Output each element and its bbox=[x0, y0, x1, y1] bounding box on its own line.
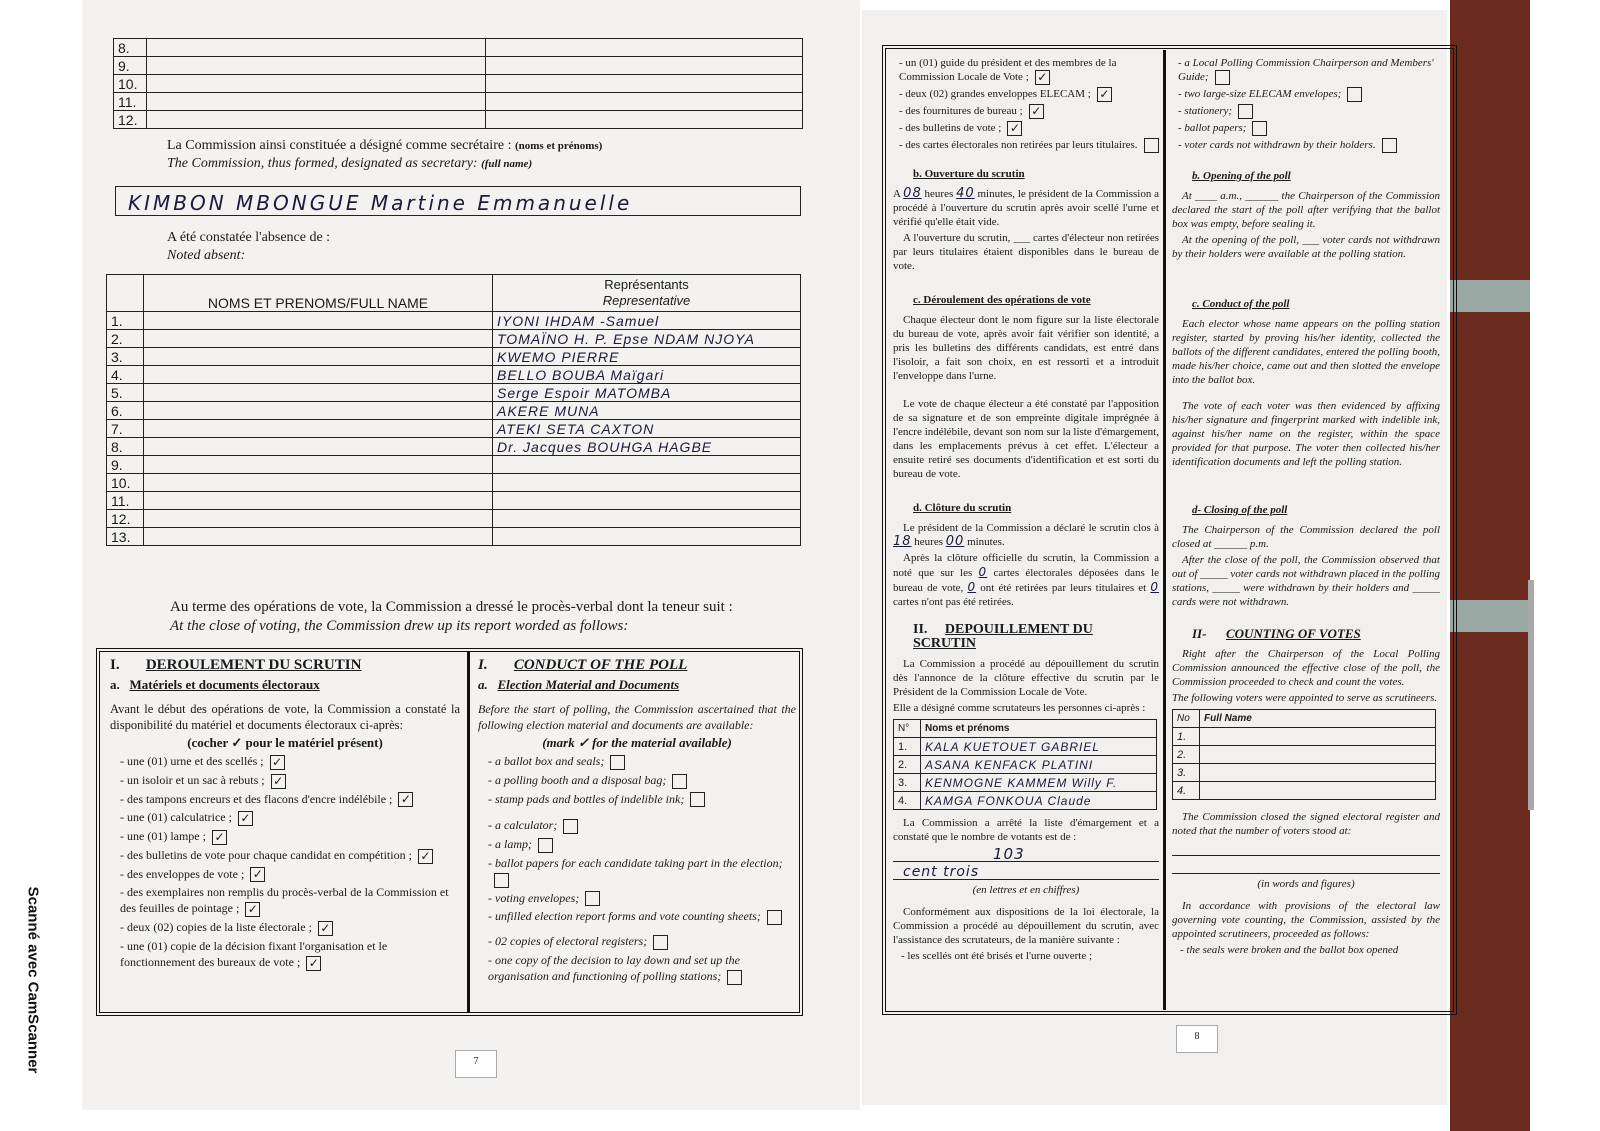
section-fr: I. DEROULEMENT DU SCRUTIN a. Matériels e… bbox=[110, 657, 460, 973]
checklist-item: - a ballot box and seals; bbox=[488, 753, 796, 770]
checkbox[interactable] bbox=[1215, 70, 1230, 85]
table-row: 4. bbox=[1173, 782, 1436, 800]
checklist-item: - des bulletins de vote ;✓ bbox=[899, 121, 1159, 136]
column-divider bbox=[467, 652, 470, 1012]
table-row: 5.Serge Espoir MATOMBA bbox=[107, 384, 801, 402]
table-row: 8. bbox=[114, 39, 803, 57]
checklist-item: - un (01) guide du président et des memb… bbox=[899, 56, 1159, 85]
checkbox[interactable] bbox=[1252, 121, 1267, 136]
checkbox[interactable] bbox=[538, 838, 553, 853]
voters-figures-field[interactable]: 103 bbox=[893, 847, 1159, 862]
checklist-item: - stationery; bbox=[1178, 104, 1440, 119]
page-number: 7 bbox=[455, 1050, 497, 1078]
checklist-item: - voter cards not withdrawn by their hol… bbox=[1178, 138, 1440, 153]
checklist-item: - a calculator; bbox=[488, 817, 796, 834]
absent-label-fr: A été constatée l'absence de : bbox=[167, 230, 330, 246]
checkbox[interactable] bbox=[1238, 104, 1253, 119]
cards-total-field[interactable]: 0 bbox=[979, 565, 988, 579]
table-row: 2.ASANA KENFACK PLATINI bbox=[894, 756, 1157, 774]
checklist-item: - deux (02) copies de la liste électoral… bbox=[120, 919, 460, 936]
table-row: 3.KENMOGNE KAMMEM Willy F. bbox=[894, 774, 1157, 792]
checklist-item: - une (01) copie de la décision fixant l… bbox=[120, 938, 460, 971]
checkbox[interactable]: ✓ bbox=[1029, 104, 1044, 119]
table-row: 3.KWEMO PIERRE bbox=[107, 348, 801, 366]
checklist-item: - two large-size ELECAM envelopes; bbox=[1178, 87, 1440, 102]
checklist-item: - ballot papers for each candidate takin… bbox=[488, 855, 796, 888]
checkbox[interactable]: ✓ bbox=[1097, 87, 1112, 102]
checkbox[interactable] bbox=[610, 755, 625, 770]
table-row: 3. bbox=[1173, 764, 1436, 782]
report-intro-fr: Au terme des opérations de vote, la Comm… bbox=[170, 599, 733, 616]
checkbox[interactable]: ✓ bbox=[418, 849, 433, 864]
table-row: 1. bbox=[1173, 728, 1436, 746]
checkbox[interactable] bbox=[1144, 138, 1159, 153]
table-row: 1.IYONI IHDAM -Samuel bbox=[107, 312, 801, 330]
checklist-item: - unfilled election report forms and vot… bbox=[488, 908, 796, 925]
checklist-item: - one copy of the decision to lay down a… bbox=[488, 952, 796, 985]
checklist-item: - stamp pads and bottles of indelible in… bbox=[488, 791, 796, 808]
checkbox[interactable] bbox=[1347, 87, 1362, 102]
voters-words-field-en[interactable] bbox=[1172, 859, 1440, 874]
table-header: NoFull Name bbox=[1173, 710, 1436, 728]
checkbox[interactable]: ✓ bbox=[398, 792, 413, 807]
materials-checklist-en: - a ballot box and seals; - a polling bo… bbox=[478, 753, 796, 985]
voters-words-field[interactable]: cent trois bbox=[893, 865, 1159, 880]
table-row: 11. bbox=[107, 492, 801, 510]
table-row: 9. bbox=[107, 456, 801, 474]
image-margin bbox=[1530, 0, 1600, 1131]
checklist-item: - deux (02) grandes enveloppes ELECAM ;✓ bbox=[899, 87, 1159, 102]
table-row: 1.KALA KUETOUET GABRIEL bbox=[894, 738, 1157, 756]
checklist-item: - ballot papers; bbox=[1178, 121, 1440, 136]
checkbox[interactable]: ✓ bbox=[238, 811, 253, 826]
checklist-item: - voting envelopes; bbox=[488, 890, 796, 907]
table-surface bbox=[1450, 0, 1530, 1131]
table-row: 10. bbox=[107, 474, 801, 492]
table-row: 12. bbox=[114, 111, 803, 129]
checkbox[interactable] bbox=[494, 873, 509, 888]
checklist-item: - des bulletins de vote pour chaque cand… bbox=[120, 847, 460, 864]
checklist-item: - un isoloir et un sac à rebuts ;✓ bbox=[120, 772, 460, 789]
scan-artifact bbox=[1528, 580, 1534, 810]
checkbox[interactable] bbox=[653, 935, 668, 950]
table-row: 10. bbox=[114, 75, 803, 93]
checkbox[interactable]: ✓ bbox=[318, 921, 333, 936]
checkbox[interactable] bbox=[690, 792, 705, 807]
cards-withdrawn-field[interactable]: 0 bbox=[967, 580, 976, 594]
checklist-item: - une (01) lampe ;✓ bbox=[120, 828, 460, 845]
checkbox[interactable] bbox=[672, 774, 687, 789]
column-header-representative: Représentants Representative bbox=[493, 275, 801, 312]
checkbox[interactable]: ✓ bbox=[270, 755, 285, 770]
table-row: 2. bbox=[1173, 746, 1436, 764]
checkbox[interactable] bbox=[1382, 138, 1397, 153]
table-row: 4.KAMGA FONKOUA Claude bbox=[894, 792, 1157, 810]
voters-figures-field-en[interactable] bbox=[1172, 841, 1440, 856]
absent-table: NOMS ET PRENOMS/FULL NAME Représentants … bbox=[106, 274, 801, 546]
column-header-name: NOMS ET PRENOMS/FULL NAME bbox=[144, 275, 493, 312]
table-row: 7.ATEKI SETA CAXTON bbox=[107, 420, 801, 438]
column-divider bbox=[1163, 50, 1166, 1010]
strap bbox=[1450, 280, 1530, 312]
table-row: 4.BELLO BOUBA Maïgari bbox=[107, 366, 801, 384]
checklist-item: - une (01) urne et des scellés ;✓ bbox=[120, 753, 460, 770]
checklist-item: - des tampons encreurs et des flacons d'… bbox=[120, 791, 460, 808]
table-header: N°Noms et prénoms bbox=[894, 720, 1157, 738]
secretary-name-field[interactable]: KIMBON MBONGUE Martine Emmanuelle bbox=[115, 186, 801, 216]
checklist-item: - des cartes électorales non retirées pa… bbox=[899, 138, 1159, 153]
checklist-item: - a Local Polling Commission Chairperson… bbox=[1178, 56, 1440, 85]
page-number: 8 bbox=[1176, 1025, 1218, 1053]
checkbox[interactable]: ✓ bbox=[271, 774, 286, 789]
cards-paragraph: Après la clôture officielle du scrutin, … bbox=[893, 551, 1159, 609]
absent-label-en: Noted absent: bbox=[167, 248, 245, 264]
checklist-item: - des enveloppes de vote ;✓ bbox=[120, 866, 460, 883]
materials-checklist-fr-continued: - un (01) guide du président et des memb… bbox=[893, 56, 1159, 153]
section-en: I. CONDUCT OF THE POLL a. Election Mater… bbox=[478, 657, 796, 987]
opening-hours-field[interactable]: 08 bbox=[903, 186, 922, 201]
checkbox[interactable] bbox=[563, 819, 578, 834]
materials-checklist-fr: - une (01) urne et des scellés ;✓ - un i… bbox=[110, 753, 460, 971]
closing-minutes-field[interactable]: 00 bbox=[946, 534, 965, 549]
table-row: 13. bbox=[107, 528, 801, 546]
secretary-label-fr: La Commission ainsi constituée a désigné… bbox=[167, 138, 602, 154]
table-row: 2.TOMAÏNO H. P. Epse NDAM NJOYA bbox=[107, 330, 801, 348]
checklist-item: - a polling booth and a disposal bag; bbox=[488, 772, 796, 789]
secretary-label-en: The Commission, thus formed, designated … bbox=[167, 156, 532, 172]
scrutineers-table-en: NoFull Name 1. 2. 3. 4. bbox=[1172, 709, 1436, 800]
closing-hours-field[interactable]: 18 bbox=[893, 534, 912, 549]
table-header: NOMS ET PRENOMS/FULL NAME Représentants … bbox=[107, 275, 801, 312]
checkbox[interactable]: ✓ bbox=[1007, 121, 1022, 136]
checklist-item: - des exemplaires non remplis du procès-… bbox=[120, 884, 460, 917]
scrutineers-table-fr: N°Noms et prénoms 1.KALA KUETOUET GABRIE… bbox=[893, 719, 1157, 810]
checkbox[interactable]: ✓ bbox=[1035, 70, 1050, 85]
checkbox[interactable]: ✓ bbox=[306, 956, 321, 971]
members-table-continued: 8. 9. 10. 11. 12. bbox=[113, 38, 803, 129]
strap bbox=[1450, 600, 1530, 632]
table-row: 6.AKERE MUNA bbox=[107, 402, 801, 420]
closing-time-paragraph: Le président de la Commission a déclaré … bbox=[893, 521, 1159, 549]
opening-time-paragraph: A 08 heures 40 minutes, le président de … bbox=[893, 187, 1159, 229]
opening-minutes-field[interactable]: 40 bbox=[956, 186, 975, 201]
checklist-item: - une (01) calculatrice ;✓ bbox=[120, 809, 460, 826]
checklist-item: - des fournitures de bureau ;✓ bbox=[899, 104, 1159, 119]
right-fr-column: - un (01) guide du président et des memb… bbox=[893, 56, 1159, 965]
table-row: 12. bbox=[107, 510, 801, 528]
checkbox[interactable]: ✓ bbox=[250, 867, 265, 882]
table-row: 9. bbox=[114, 57, 803, 75]
checklist-item: - a lamp; bbox=[488, 836, 796, 853]
report-intro-en: At the close of voting, the Commission d… bbox=[170, 618, 628, 635]
scanner-watermark: Scanné avec CamScanner bbox=[18, 870, 48, 1090]
checkbox[interactable] bbox=[585, 891, 600, 906]
checkbox[interactable]: ✓ bbox=[245, 902, 260, 917]
table-row: 8.Dr. Jacques BOUHGA HAGBE bbox=[107, 438, 801, 456]
checkbox[interactable] bbox=[767, 910, 782, 925]
checklist-item: - 02 copies of electoral registers; bbox=[488, 933, 796, 950]
materials-checklist-en-continued: - a Local Polling Commission Chairperson… bbox=[1172, 56, 1440, 153]
checkbox[interactable]: ✓ bbox=[212, 830, 227, 845]
cards-not-withdrawn-field[interactable]: 0 bbox=[1150, 580, 1159, 594]
table-row: 11. bbox=[114, 93, 803, 111]
checkbox[interactable] bbox=[727, 970, 742, 985]
right-en-column: - a Local Polling Commission Chairperson… bbox=[1172, 56, 1440, 959]
